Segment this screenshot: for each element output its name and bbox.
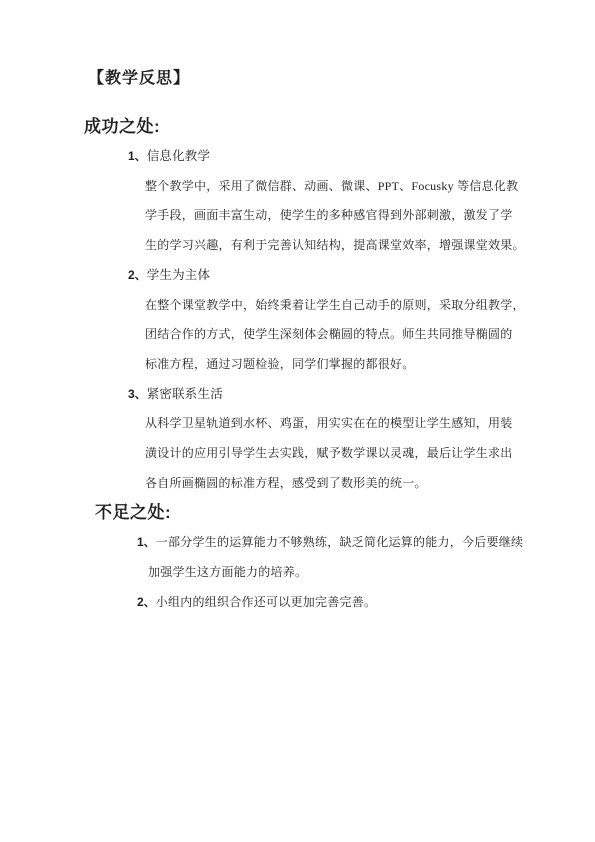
paragraph-line: 潢设计的应用引导学生去实践，赋予数学课以灵魂，最后让学生求出 bbox=[145, 439, 595, 469]
list-item-group-cooperation: 2、小组内的组织合作还可以更加完善完善。 bbox=[0, 588, 595, 618]
paragraph-line: 在整个课堂教学中，始终秉着让学生自己动手的原则，采取分组教学， bbox=[145, 291, 595, 321]
list-item-info-teaching: 1、信息化教学 整个教学中，采用了微信群、动画、微课、PPT、Focusky 等… bbox=[0, 142, 595, 261]
item-title-text: 信息化教学 bbox=[147, 149, 211, 163]
list-item-calculation-skill: 1、一部分学生的运算能力不够熟练，缺乏简化运算的能力，今后要继续 加强学生这方面… bbox=[0, 528, 595, 587]
item-title: 1、信息化教学 bbox=[128, 142, 595, 172]
item-title-text: 紧密联系生活 bbox=[147, 387, 223, 401]
item-number: 1、 bbox=[128, 149, 147, 163]
paragraph-line: 从科学卫星轨道到水杯、鸡蛋，用实实在在的模型让学生感知，用装 bbox=[145, 409, 595, 439]
paragraph-line: 学手段，画面丰富生动，使学生的多种感官得到外部刺激，激发了学 bbox=[145, 201, 595, 231]
section-shortcomings-heading: 不足之处: bbox=[95, 498, 595, 528]
item-number: 2、 bbox=[137, 595, 156, 609]
item-title-text: 学生为主体 bbox=[147, 268, 211, 282]
paragraph-line: 团结合作的方式，使学生深刻体会椭圆的特点。师生共同推导椭圆的 bbox=[145, 320, 595, 350]
paragraph-line: 1、一部分学生的运算能力不够熟练，缺乏简化运算的能力，今后要继续 bbox=[137, 528, 595, 558]
document-page: 【教学反思】 成功之处: 1、信息化教学 整个教学中，采用了微信群、动画、微课、… bbox=[0, 0, 595, 842]
list-item-student-centered: 2、学生为主体 在整个课堂教学中，始终秉着让学生自己动手的原则，采取分组教学， … bbox=[0, 261, 595, 380]
paragraph-line: 生的学习兴趣，有利于完善认知结构，提高课堂效率，增强课堂效果。 bbox=[145, 231, 595, 261]
item-number: 2、 bbox=[128, 268, 147, 282]
paragraph-line: 加强学生这方面能力的培养。 bbox=[148, 558, 595, 588]
paragraph-line: 各自所画椭圆的标准方程，感受到了数形美的统一。 bbox=[145, 469, 595, 499]
paragraph-text: 小组内的组织合作还可以更加完善完善。 bbox=[156, 595, 377, 609]
item-title: 3、紧密联系生活 bbox=[128, 380, 595, 410]
section-success: 成功之处: 1、信息化教学 整个教学中，采用了微信群、动画、微课、PPT、Foc… bbox=[0, 112, 595, 498]
paragraph-text: 一部分学生的运算能力不够熟练，缺乏简化运算的能力，今后要继续 bbox=[156, 535, 524, 549]
item-number: 3、 bbox=[128, 387, 147, 401]
list-item-life-connection: 3、紧密联系生活 从科学卫星轨道到水杯、鸡蛋，用实实在在的模型让学生感知，用装 … bbox=[0, 380, 595, 499]
page-title: 【教学反思】 bbox=[88, 64, 595, 94]
paragraph-line: 2、小组内的组织合作还可以更加完善完善。 bbox=[137, 588, 595, 618]
paragraph-line: 整个教学中，采用了微信群、动画、微课、PPT、Focusky 等信息化教 bbox=[145, 172, 595, 202]
section-shortcomings: 不足之处: 1、一部分学生的运算能力不够熟练，缺乏简化运算的能力，今后要继续 加… bbox=[0, 498, 595, 617]
item-title: 2、学生为主体 bbox=[128, 261, 595, 291]
paragraph-line: 标准方程，通过习题检验，同学们掌握的都很好。 bbox=[145, 350, 595, 380]
section-success-heading: 成功之处: bbox=[84, 112, 595, 142]
item-number: 1、 bbox=[137, 535, 156, 549]
